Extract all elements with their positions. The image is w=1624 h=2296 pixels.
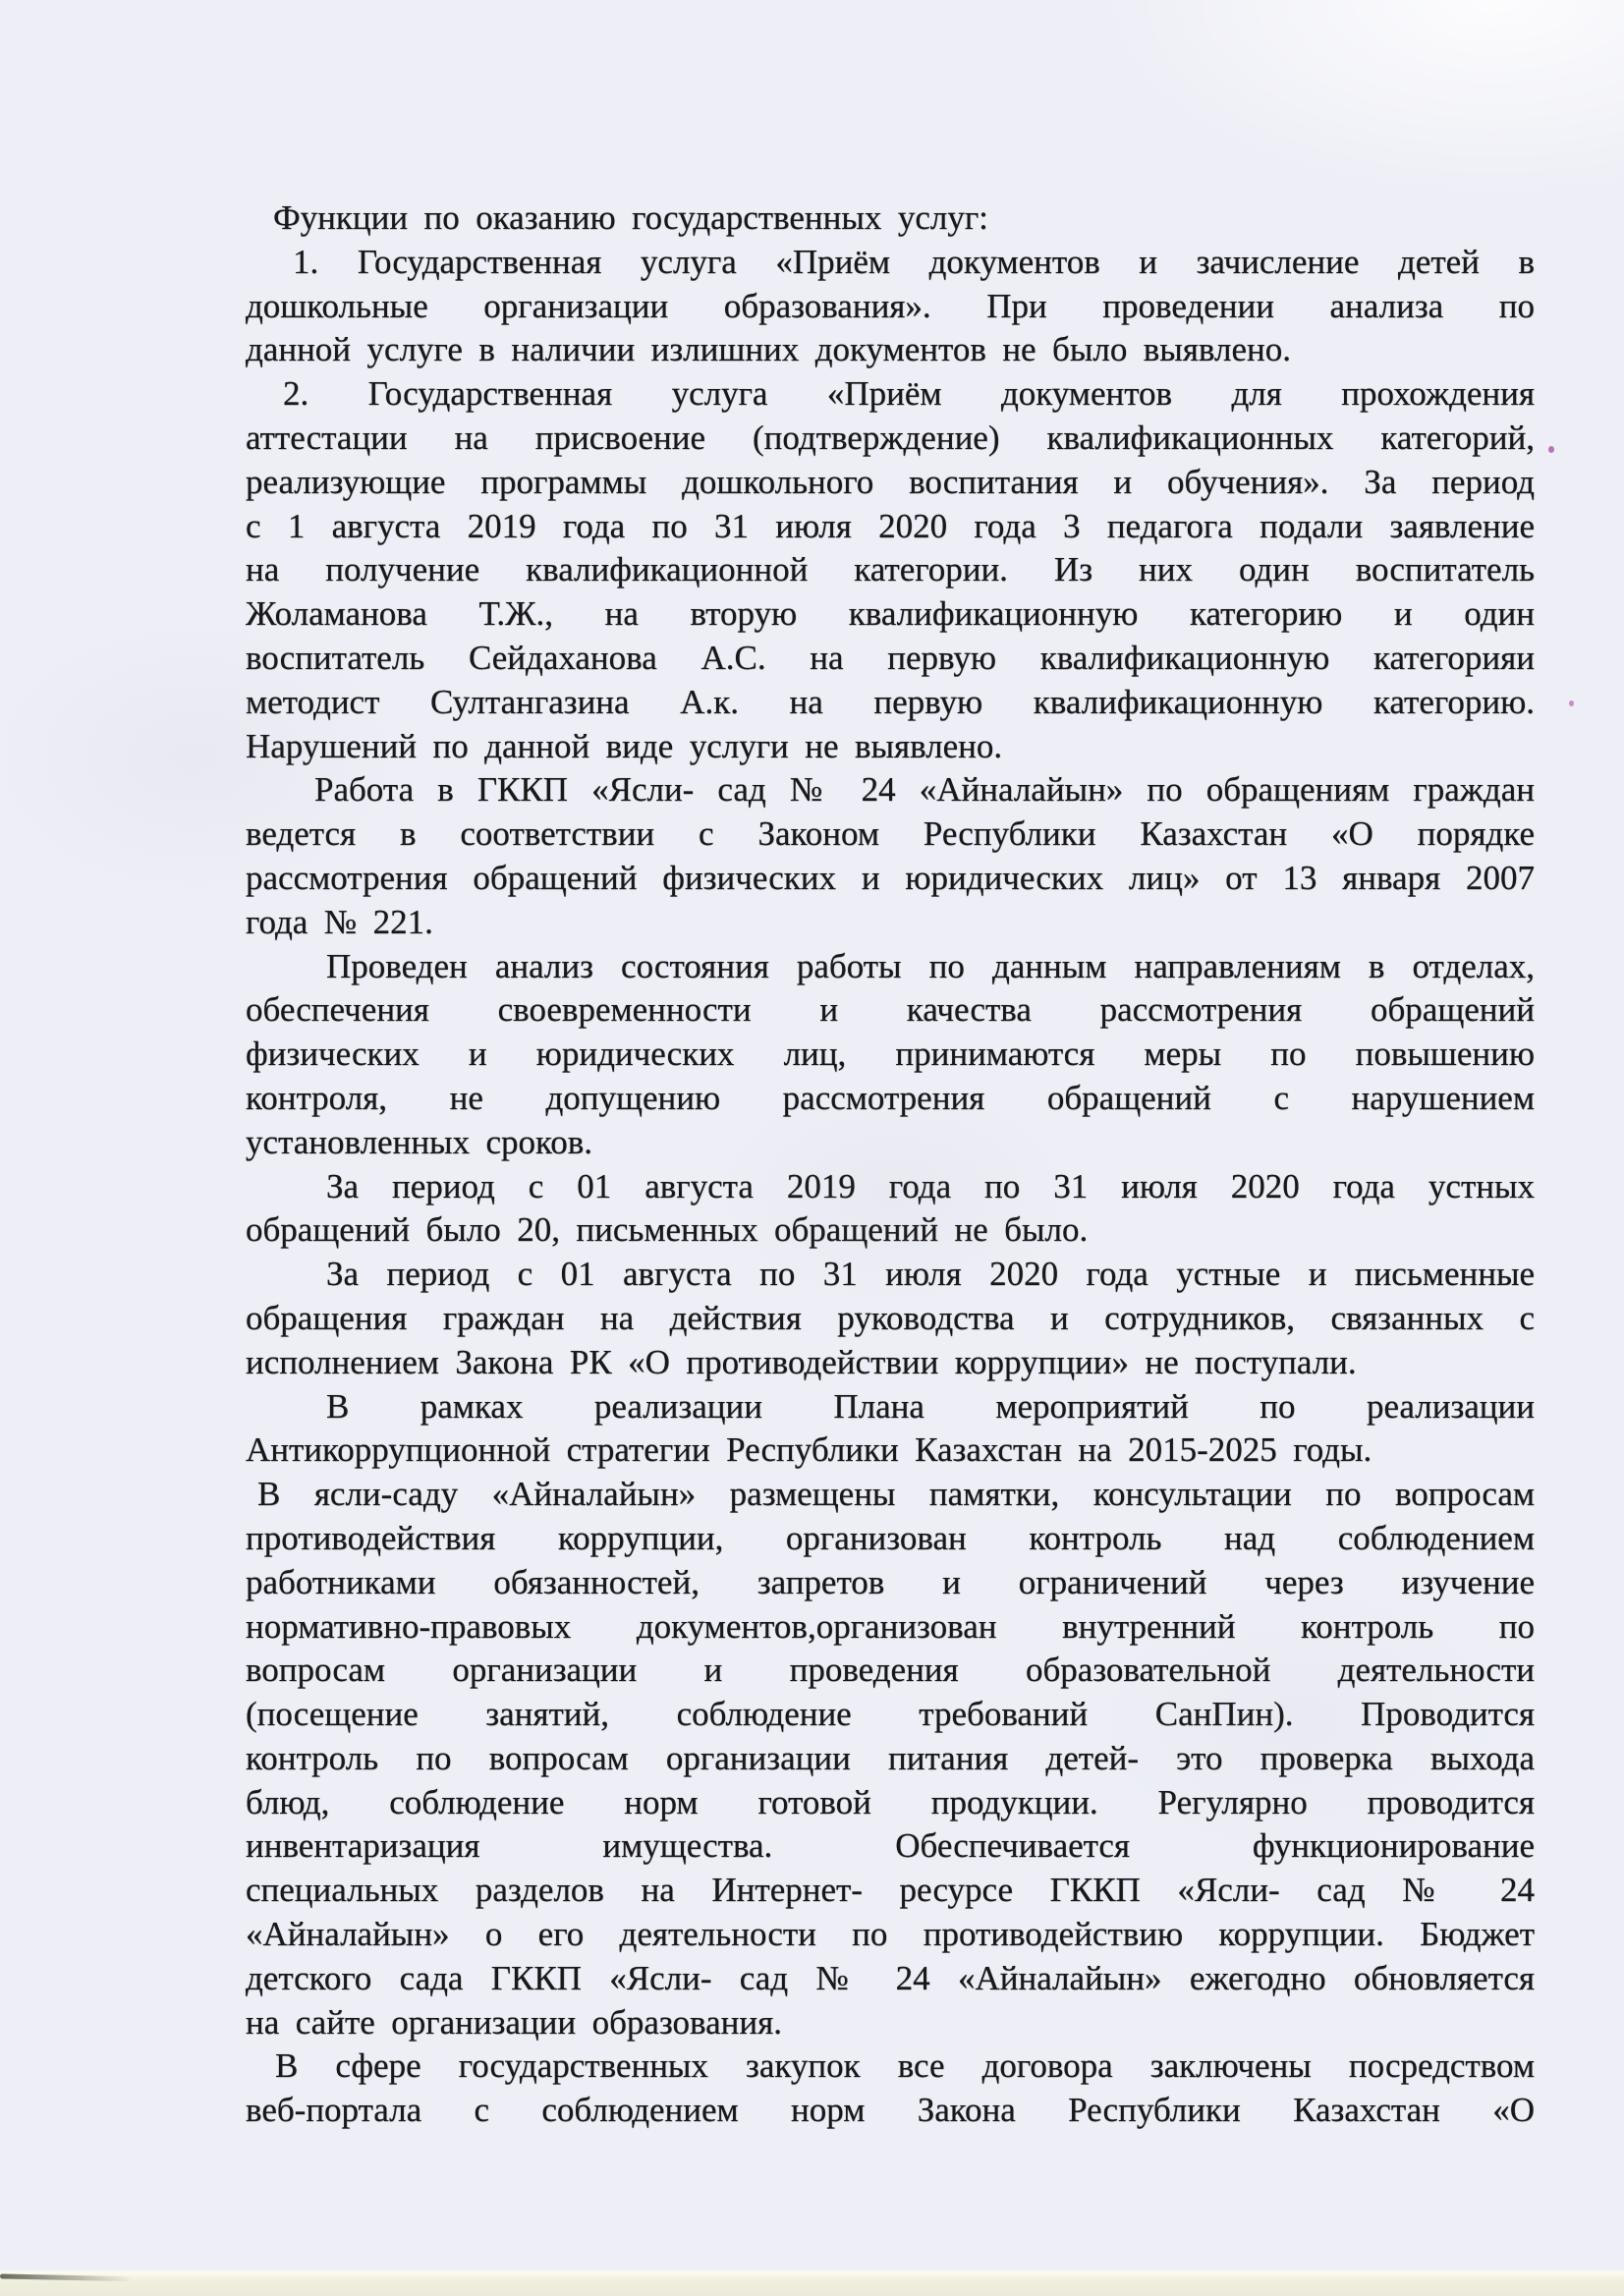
text-line: на сайте организации образования. [246, 2001, 1535, 2045]
text-line: контроля, не допущению рассмотрения обра… [246, 1077, 1535, 1121]
text-line: В ясли-саду «Айналайын» размещены памятк… [246, 1473, 1535, 1517]
text-line: воспитатель Сейдаханова А.С. на первую к… [246, 637, 1535, 681]
paragraph: За период с 01 августа 2019 года по 31 и… [246, 1165, 1535, 1254]
text-line: противодействия коррупции, организован к… [246, 1517, 1535, 1561]
text-line: В сфере государственных закупок все дого… [246, 2044, 1535, 2089]
paragraph: 2. Государственная услуга «Приём докумен… [246, 372, 1535, 768]
text-line: дошкольные организации образования». При… [246, 285, 1535, 329]
text-line: Функции по оказанию государственных услу… [246, 196, 1535, 241]
paragraph: В рамках реализации Плана мероприятий по… [246, 1385, 1535, 1474]
text-line: методист Султангазина А.к. на первую ква… [246, 681, 1535, 725]
text-line: аттестации на присвоение (подтверждение)… [246, 417, 1535, 461]
text-line: на получение квалификационной категории.… [246, 548, 1535, 592]
text-line: 1. Государственная услуга «Приём докумен… [246, 241, 1535, 285]
text-line: рассмотрения обращений физических и юрид… [246, 857, 1535, 901]
text-line: детского сада ГККП «Ясли- сад № 24 «Айна… [246, 1957, 1535, 2001]
text-line: специальных разделов на Интернет- ресурс… [246, 1869, 1535, 1913]
text-line: нормативно-правовых документов,организов… [246, 1605, 1535, 1650]
text-line: контроль по вопросам организации питания… [246, 1737, 1535, 1781]
scan-artifact-pink-speck [1548, 446, 1554, 453]
text-line: обеспечения своевременности и качества р… [246, 988, 1535, 1033]
text-line: блюд, соблюдение норм готовой продукции.… [246, 1781, 1535, 1825]
scan-artifact-pink-speck [1569, 700, 1574, 706]
text-line: В рамках реализации Плана мероприятий по… [246, 1385, 1535, 1429]
text-line: инвентаризация имущества. Обеспечивается… [246, 1824, 1535, 1869]
text-line: физических и юридических лиц, принимаютс… [246, 1033, 1535, 1077]
paragraph: 1. Государственная услуга «Приём докумен… [246, 241, 1535, 372]
text-line: Нарушений по данной виде услуги не выявл… [246, 725, 1535, 769]
paragraph: В ясли-саду «Айналайын» размещены памятк… [246, 1473, 1535, 2044]
paragraph: Функции по оказанию государственных услу… [246, 196, 1535, 241]
text-line: года № 221. [246, 901, 1535, 945]
text-line: «Айналайын» о его деятельности по против… [246, 1913, 1535, 1957]
text-line: реализующие программы дошкольного воспит… [246, 461, 1535, 505]
text-line: обращений было 20, письменных обращений … [246, 1208, 1535, 1253]
text-line: 2. Государственная услуга «Приём докумен… [246, 372, 1535, 417]
scanned-document-page: Функции по оказанию государственных услу… [0, 0, 1624, 2296]
text-line: (посещение занятий, соблюдение требовани… [246, 1693, 1535, 1737]
text-line: Проведен анализ состояния работы по данн… [246, 945, 1535, 989]
text-line: работниками обязанностей, запретов и огр… [246, 1561, 1535, 1605]
text-line: данной услуге в наличии излишних докумен… [246, 328, 1535, 372]
paragraph: Работа в ГККП «Ясли- сад № 24 «Айналайын… [246, 768, 1535, 944]
text-line: обращения граждан на действия руководств… [246, 1297, 1535, 1341]
text-line: вопросам организации и проведения образо… [246, 1649, 1535, 1693]
text-line: За период с 01 августа 2019 года по 31 и… [246, 1165, 1535, 1209]
text-block: Функции по оказанию государственных услу… [246, 196, 1535, 2133]
paragraph: В сфере государственных закупок все дого… [246, 2044, 1535, 2133]
text-line: Работа в ГККП «Ясли- сад № 24 «Айналайын… [246, 768, 1535, 812]
text-line: За период с 01 августа по 31 июля 2020 г… [246, 1253, 1535, 1297]
text-line: с 1 августа 2019 года по 31 июля 2020 го… [246, 505, 1535, 549]
paragraph: За период с 01 августа по 31 июля 2020 г… [246, 1253, 1535, 1384]
text-line: ведется в соответствии с Законом Республ… [246, 812, 1535, 857]
paragraph: Проведен анализ состояния работы по данн… [246, 945, 1535, 1165]
text-line: исполнением Закона РК «О противодействии… [246, 1341, 1535, 1385]
text-line: установленных сроков. [246, 1121, 1535, 1165]
text-line: Антикоррупционной стратегии Республики К… [246, 1428, 1535, 1473]
text-line: веб-портала с соблюдением норм Закона Ре… [246, 2089, 1535, 2133]
text-line: Жоламанова Т.Ж., на вторую квалификацион… [246, 592, 1535, 637]
scan-artifact-bottom-edge [0, 2270, 1624, 2296]
